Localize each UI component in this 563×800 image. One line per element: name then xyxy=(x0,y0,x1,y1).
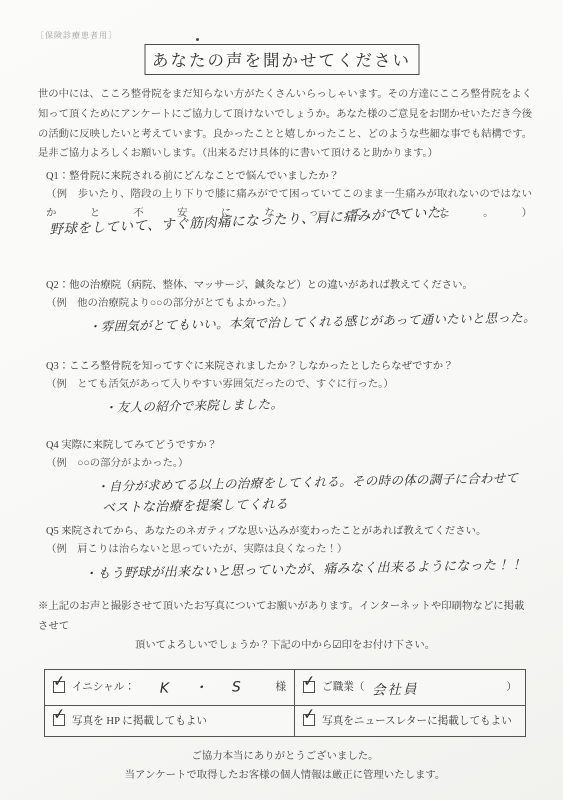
photo-permission-note-line2: 頂いてよろしいでしょうか？下記の中から☑印をお付け下さい。 xyxy=(38,636,532,656)
hp-permission-checkbox: ✓ xyxy=(53,714,65,726)
newsletter-permission-label: 写真をニュースレターに掲載してもよい xyxy=(322,713,512,728)
initial-checkbox: ✓ xyxy=(53,681,65,693)
question-2: Q2：他の治療院（病院、整体、マッサージ、鍼灸など）との違いがあれば教えてくださ… xyxy=(38,277,532,336)
photo-permission-note: ※上記のお声と撮影させて頂いたお写真についてお願いがあります。インターネットや印… xyxy=(38,597,532,656)
consent-table: ✓ イニシャル： K ・ S 様 ✓ ご職業（ 会社員 ） xyxy=(44,669,526,737)
newsletter-permission-cell: ✓ 写真をニュースレターに掲載してもよい xyxy=(295,705,526,736)
question-4: Q4 実際に来院してみてどうですか？ （例 ○○の部分がよかった。） ・自分が求… xyxy=(38,437,532,517)
question-2-label: Q2：他の治療院（病院、整体、マッサージ、鍼灸など）との違いがあれば教えてくださ… xyxy=(46,277,532,294)
question-3: Q3：こころ整骨院を知ってすぐに来院されましたか？しなかったとしたらなぜですか？… xyxy=(38,358,532,417)
question-5: Q5 来院されてから、あなたのネガティブな思い込みが変わったことがあれば教えてく… xyxy=(38,523,532,583)
hp-permission-label: 写真を HP に掲載してもよい xyxy=(72,713,207,728)
question-3-handwritten-answer: ・友人の紹介で来院しました。 xyxy=(104,394,284,416)
initial-handwritten-value: K ・ S xyxy=(135,675,276,697)
occupation-checkbox: ✓ xyxy=(303,681,315,693)
question-5-handwritten-answer: ・もう野球が出来ないと思っていたが、痛みなく出来るようになった！！ xyxy=(84,554,523,582)
patient-type-note: ［保険診療患者用］ xyxy=(36,30,117,41)
closing-thanks: ご協力本当にありがとうございました。 xyxy=(38,747,532,767)
closing-message: ご協力本当にありがとうございました。 当アンケートで取得したお客様の個人情報は厳… xyxy=(38,747,532,786)
newsletter-checkmark-icon: ✓ xyxy=(302,707,316,723)
initial-honorific: 様 xyxy=(276,679,287,694)
page-title: あなたの声を聞かせてください xyxy=(144,44,419,75)
question-4-label: Q4 実際に来院してみてどうですか？ xyxy=(46,437,532,454)
hp-checkmark-icon: ✓ xyxy=(52,707,66,723)
question-1-example: （例 歩いたり、階段の上り下りで膝に痛みがでて困っていてこのまま一生痛みが取れな… xyxy=(46,185,532,243)
initial-checkmark-icon: ✓ xyxy=(52,673,66,689)
photo-permission-note-line1: ※上記のお声と撮影させて頂いたお写真についてお願いがあります。インターネットや印… xyxy=(38,597,532,636)
question-1: Q1：整骨院に来院される前にどんなことで悩んでいましたか？ （例 歩いたり、階段… xyxy=(38,168,532,243)
initial-label: イニシャル： xyxy=(72,679,135,694)
question-5-label: Q5 来院されてから、あなたのネガティブな思い込みが変わったことがあれば教えてく… xyxy=(46,523,532,540)
occupation-close-paren: ） xyxy=(506,679,517,694)
occupation-cell: ✓ ご職業（ 会社員 ） xyxy=(295,669,526,705)
question-4-handwritten-answer-line2: ベストな治療を提案してくれる xyxy=(102,493,289,516)
questionnaire-page: ［保険診療患者用］ あなたの声を聞かせてください 世の中には、こころ整骨院をまだ… xyxy=(0,0,563,800)
consent-row-publication: ✓ 写真を HP に掲載してもよい ✓ 写真をニュースレターに掲載してもよい xyxy=(45,705,526,736)
question-4-handwritten-answer-line1: ・自分が求めてる以上の治療をしてくれる。その時の体の調子に合わせて xyxy=(96,468,519,495)
closing-privacy: 当アンケートで取得したお客様の個人情報は厳正に管理いたします。 xyxy=(38,766,532,786)
occupation-handwritten-value: 会社員 xyxy=(364,675,506,699)
question-3-example: （例 とても活気があって入りやすい雰囲気だったので、すぐに行った。） xyxy=(46,375,532,394)
question-3-label: Q3：こころ整骨院を知ってすぐに来院されましたか？しなかったとしたらなぜですか？ xyxy=(46,358,532,375)
question-1-label: Q1：整骨院に来院される前にどんなことで悩んでいましたか？ xyxy=(46,168,532,185)
hp-permission-cell: ✓ 写真を HP に掲載してもよい xyxy=(45,705,295,736)
scan-dot-artifact xyxy=(196,38,199,41)
newsletter-permission-checkbox: ✓ xyxy=(303,714,315,726)
consent-row-identity: ✓ イニシャル： K ・ S 様 ✓ ご職業（ 会社員 ） xyxy=(45,669,526,705)
occupation-label: ご職業（ xyxy=(322,679,364,694)
initial-cell: ✓ イニシャル： K ・ S 様 xyxy=(45,669,295,705)
form-content: 世の中には、こころ整骨院をまだ知らない方がたくさんいらっしゃいます。その方達にこ… xyxy=(38,85,532,786)
occupation-checkmark-icon: ✓ xyxy=(302,673,316,689)
intro-paragraph: 世の中には、こころ整骨院をまだ知らない方がたくさんいらっしゃいます。その方達にこ… xyxy=(38,85,532,164)
